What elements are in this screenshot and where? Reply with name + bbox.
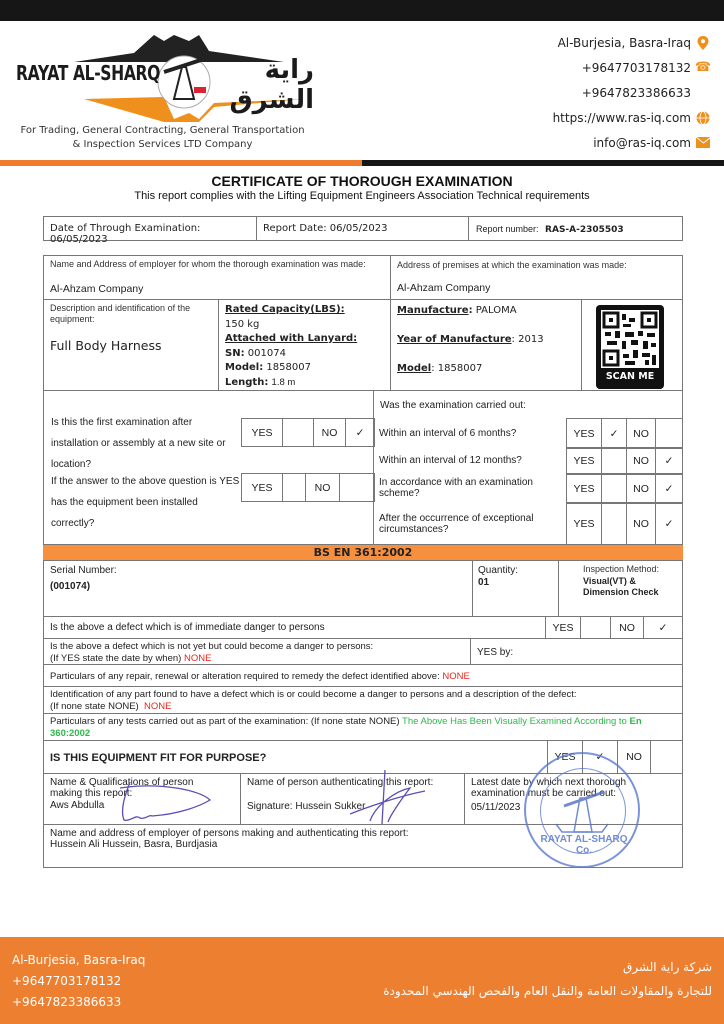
carried-out-label: Was the examination carried out: bbox=[380, 400, 526, 411]
immediate-no-label: NO bbox=[610, 616, 644, 639]
first-exam-section: Is this the first examination after inst… bbox=[43, 390, 374, 545]
first-exam-no-box[interactable]: ✓ bbox=[345, 418, 375, 447]
footer-contact: Al-Burjesia, Basra-Iraq +9647703178132 +… bbox=[12, 950, 145, 1013]
report-number: RAS-A-2305503 bbox=[545, 225, 624, 235]
immediate-no-box[interactable]: ✓ bbox=[643, 616, 683, 639]
phone-icon: ☎ bbox=[696, 61, 710, 75]
certificate-subtitle: This report complies with the Lifting Eq… bbox=[0, 190, 724, 202]
report-number-cell: Report number: RAS-A-2305503 bbox=[468, 216, 683, 241]
tests-row: Particulars of any tests carried out as … bbox=[43, 713, 683, 741]
model-number-2: 1858007 bbox=[438, 363, 483, 374]
carried-out-yes-label: YES bbox=[566, 473, 602, 504]
year-of-manufacture: 2013 bbox=[518, 334, 543, 345]
manufacture-cell: Manufacture: PALOMA Year of Manufacture:… bbox=[390, 299, 582, 391]
length: 1.8 m bbox=[272, 377, 296, 388]
carried-out-no-box[interactable] bbox=[655, 418, 683, 449]
contact-email[interactable]: info@ras-iq.com bbox=[490, 130, 710, 155]
repair-row: Particulars of any repair, renewal or al… bbox=[43, 664, 683, 687]
globe-icon bbox=[696, 111, 710, 125]
contact-phone-2: +9647823386633 bbox=[490, 80, 710, 105]
carried-out-yes-label: YES bbox=[566, 418, 602, 449]
contact-website[interactable]: https://www.ras-iq.com bbox=[490, 105, 710, 130]
tagline-line-1: For Trading, General Contracting, Genera… bbox=[10, 124, 315, 138]
qr-code[interactable]: SCAN ME bbox=[596, 305, 664, 389]
immediate-danger-question: Is the above a defect which is of immedi… bbox=[50, 622, 325, 633]
immediate-yes-box[interactable] bbox=[580, 616, 611, 639]
maker-signature bbox=[100, 770, 240, 830]
envelope-icon bbox=[696, 136, 710, 150]
exam-date-cell: Date of Through Examination: 06/05/2023 bbox=[43, 216, 257, 241]
carried-out-yes-label: YES bbox=[566, 502, 602, 546]
employer-name: Al-Ahzam Company bbox=[50, 283, 143, 295]
footer-arabic-line-2: للتجارة والمقاولات العامة والنقل العام و… bbox=[383, 979, 712, 1003]
standard-band: BS EN 361:2002 bbox=[43, 545, 683, 561]
serial-value: (001074) bbox=[50, 581, 90, 592]
contact-phone-1: +9647703178132 ☎ bbox=[490, 55, 710, 80]
carried-out-yes-box[interactable]: ✓ bbox=[601, 418, 627, 449]
carried-out-yes-box[interactable] bbox=[601, 502, 627, 546]
carried-out-no-box[interactable]: ✓ bbox=[655, 502, 683, 546]
rated-capacity: 150 kg bbox=[225, 318, 357, 333]
first-exam-no-label: NO bbox=[313, 418, 346, 447]
model-number: 1858007 bbox=[266, 362, 311, 373]
carried-out-yes-box[interactable] bbox=[601, 473, 627, 504]
footer-arabic-line-1: شركة راية الشرق bbox=[383, 955, 712, 979]
first-exam-question: Is this the first examination after inst… bbox=[51, 412, 236, 475]
company-logo: RAYAT AL-SHARQ راية الشرق bbox=[14, 27, 314, 122]
footer-phone-1: +9647703178132 bbox=[12, 971, 145, 992]
employer2-value: Hussein Ali Hussein, Basra, Burdjasia bbox=[50, 839, 409, 850]
carried-out-question: Within an interval of 12 months? bbox=[379, 447, 564, 474]
quantity-cell: Quantity: 01 bbox=[472, 560, 559, 617]
carried-out-no-label: NO bbox=[626, 502, 656, 546]
immediate-yes-label: YES bbox=[545, 616, 581, 639]
future-danger-value: NONE bbox=[184, 653, 211, 664]
header-stripe-black bbox=[362, 160, 724, 166]
specs-cell: Rated Capacity(LBS): 150 kg Attached wit… bbox=[218, 299, 391, 391]
top-bar bbox=[0, 0, 724, 21]
footer-arabic: شركة راية الشرق للتجارة والمقاولات العام… bbox=[383, 955, 712, 1003]
first-exam-yes-label: YES bbox=[241, 418, 283, 447]
qr-code-icon bbox=[601, 310, 659, 368]
exam-date: 06/05/2023 bbox=[50, 234, 108, 245]
carried-out-yes-box[interactable] bbox=[601, 447, 627, 475]
installed-no-label: NO bbox=[305, 473, 340, 502]
employer-cell: Name and Address of employer for whom th… bbox=[43, 255, 391, 300]
first-exam-yes-box[interactable] bbox=[282, 418, 314, 447]
carried-out-no-label: NO bbox=[626, 447, 656, 475]
footer-address: Al-Burjesia, Basra-Iraq bbox=[12, 950, 145, 971]
footer-phone-2: +9647823386633 bbox=[12, 992, 145, 1013]
premises-cell: Address of premises at which the examina… bbox=[390, 255, 683, 300]
location-pin-icon bbox=[696, 36, 710, 50]
installed-yes-box[interactable] bbox=[282, 473, 306, 502]
authenticator-signature bbox=[330, 766, 440, 836]
fit-no-box[interactable] bbox=[650, 740, 683, 774]
carried-out-yes-label: YES bbox=[566, 447, 602, 475]
manufacturer: PALOMA bbox=[476, 305, 517, 316]
serial-number: 001074 bbox=[248, 348, 286, 359]
qr-caption: SCAN ME bbox=[596, 371, 664, 382]
identification-row: Identification of any part found to have… bbox=[43, 686, 683, 714]
inspection-cell: Inspection Method: Visual(VT) & Dimensio… bbox=[558, 560, 683, 617]
contact-address: Al-Burjesia, Basra-Iraq bbox=[490, 30, 710, 55]
installed-no-box[interactable] bbox=[339, 473, 375, 502]
yes-by-cell: YES by: bbox=[470, 638, 683, 665]
company-tagline: For Trading, General Contracting, Genera… bbox=[10, 124, 315, 152]
identification-value: NONE bbox=[144, 701, 171, 712]
carried-out-question: In accordance with an examination scheme… bbox=[379, 473, 564, 503]
equipment-name: Full Body Harness bbox=[50, 338, 162, 353]
tagline-line-2: & Inspection Services LTD Company bbox=[10, 138, 315, 152]
carried-out-no-label: NO bbox=[626, 418, 656, 449]
repair-value: NONE bbox=[442, 671, 469, 682]
report-date-cell: Report Date: 06/05/2023 bbox=[256, 216, 469, 241]
future-danger-cell: Is the above a defect which is not yet b… bbox=[43, 638, 471, 665]
header-stripe-orange bbox=[0, 160, 362, 166]
next-exam-date: 05/11/2023 bbox=[471, 802, 520, 813]
premises-name: Al-Ahzam Company bbox=[397, 282, 490, 294]
company-stamp: RAYAT AL-SHARQ Co. bbox=[524, 752, 640, 868]
qr-cell: SCAN ME bbox=[581, 299, 683, 391]
serial-cell: Serial Number: (001074) bbox=[43, 560, 473, 617]
installed-question: If the answer to the above question is Y… bbox=[51, 471, 241, 534]
header-contact: Al-Burjesia, Basra-Iraq +9647703178132 ☎… bbox=[490, 30, 710, 155]
logo-text-ar: راية الشرق bbox=[206, 55, 314, 115]
carried-out-question: Within an interval of 6 months? bbox=[379, 418, 564, 448]
stamp-text: RAYAT AL-SHARQ Co. bbox=[538, 834, 630, 856]
carried-out-no-box[interactable]: ✓ bbox=[655, 447, 683, 475]
carried-out-no-label: NO bbox=[626, 473, 656, 504]
fit-question: IS THIS EQUIPMENT FIT FOR PURPOSE? bbox=[50, 752, 266, 764]
inspection-method: Visual(VT) & Dimension Check bbox=[583, 576, 678, 598]
installed-yes-label: YES bbox=[241, 473, 283, 502]
report-date: 06/05/2023 bbox=[330, 223, 388, 234]
quantity-value: 01 bbox=[478, 577, 489, 588]
carried-out-question: After the occurrence of exceptional circ… bbox=[379, 502, 564, 545]
logo-text-en: RAYAT AL-SHARQ bbox=[16, 61, 160, 85]
description-cell: Description and identification of the eq… bbox=[43, 299, 219, 391]
carried-out-no-box[interactable]: ✓ bbox=[655, 473, 683, 504]
certificate-title: CERTIFICATE OF THOROUGH EXAMINATION bbox=[0, 173, 724, 189]
maker-name: Aws Abdulla bbox=[50, 800, 104, 811]
